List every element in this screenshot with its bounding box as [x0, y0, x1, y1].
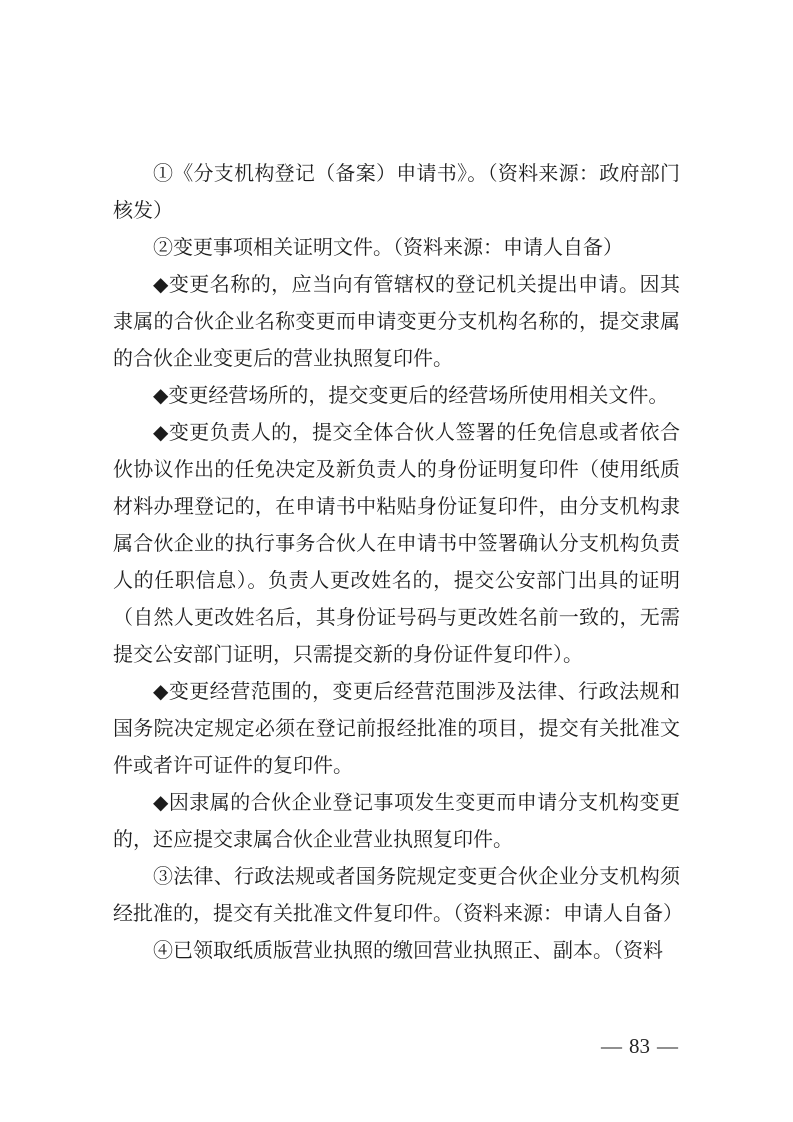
- page-footer: —83—: [594, 1034, 685, 1058]
- paragraph-9: ④已领取纸质版营业执照的缴回营业执照正、副本。（资料: [113, 933, 680, 970]
- paragraph-6: ◆变更经营范围的，变更后经营范围涉及法律、行政法规和国务院决定规定必须在登记前报…: [113, 674, 680, 785]
- paragraph-3: ◆变更名称的，应当向有管辖权的登记机关提出申请。因其隶属的合伙企业名称变更而申请…: [113, 267, 680, 378]
- paragraph-5: ◆变更负责人的，提交全体合伙人签署的任免信息或者依合伙协议作出的任免决定及新负责…: [113, 415, 680, 674]
- paragraph-1: ①《分支机构登记（备案）申请书》。（资料来源：政府部门核发）: [113, 156, 680, 230]
- page-number: 83: [629, 1034, 650, 1058]
- footer-right-dash: —: [657, 1034, 678, 1058]
- paragraph-7: ◆因隶属的合伙企业登记事项发生变更而申请分支机构变更的，还应提交隶属合伙企业营业…: [113, 785, 680, 859]
- paragraph-8: ③法律、行政法规或者国务院规定变更合伙企业分支机构须经批准的，提交有关批准文件复…: [113, 859, 680, 933]
- document-page: ①《分支机构登记（备案）申请书》。（资料来源：政府部门核发） ②变更事项相关证明…: [0, 0, 793, 1122]
- document-text-block: ①《分支机构登记（备案）申请书》。（资料来源：政府部门核发） ②变更事项相关证明…: [113, 156, 680, 970]
- footer-left-dash: —: [601, 1034, 622, 1058]
- paragraph-4: ◆变更经营场所的，提交变更后的经营场所使用相关文件。: [113, 378, 680, 415]
- paragraph-2: ②变更事项相关证明文件。（资料来源：申请人自备）: [113, 230, 680, 267]
